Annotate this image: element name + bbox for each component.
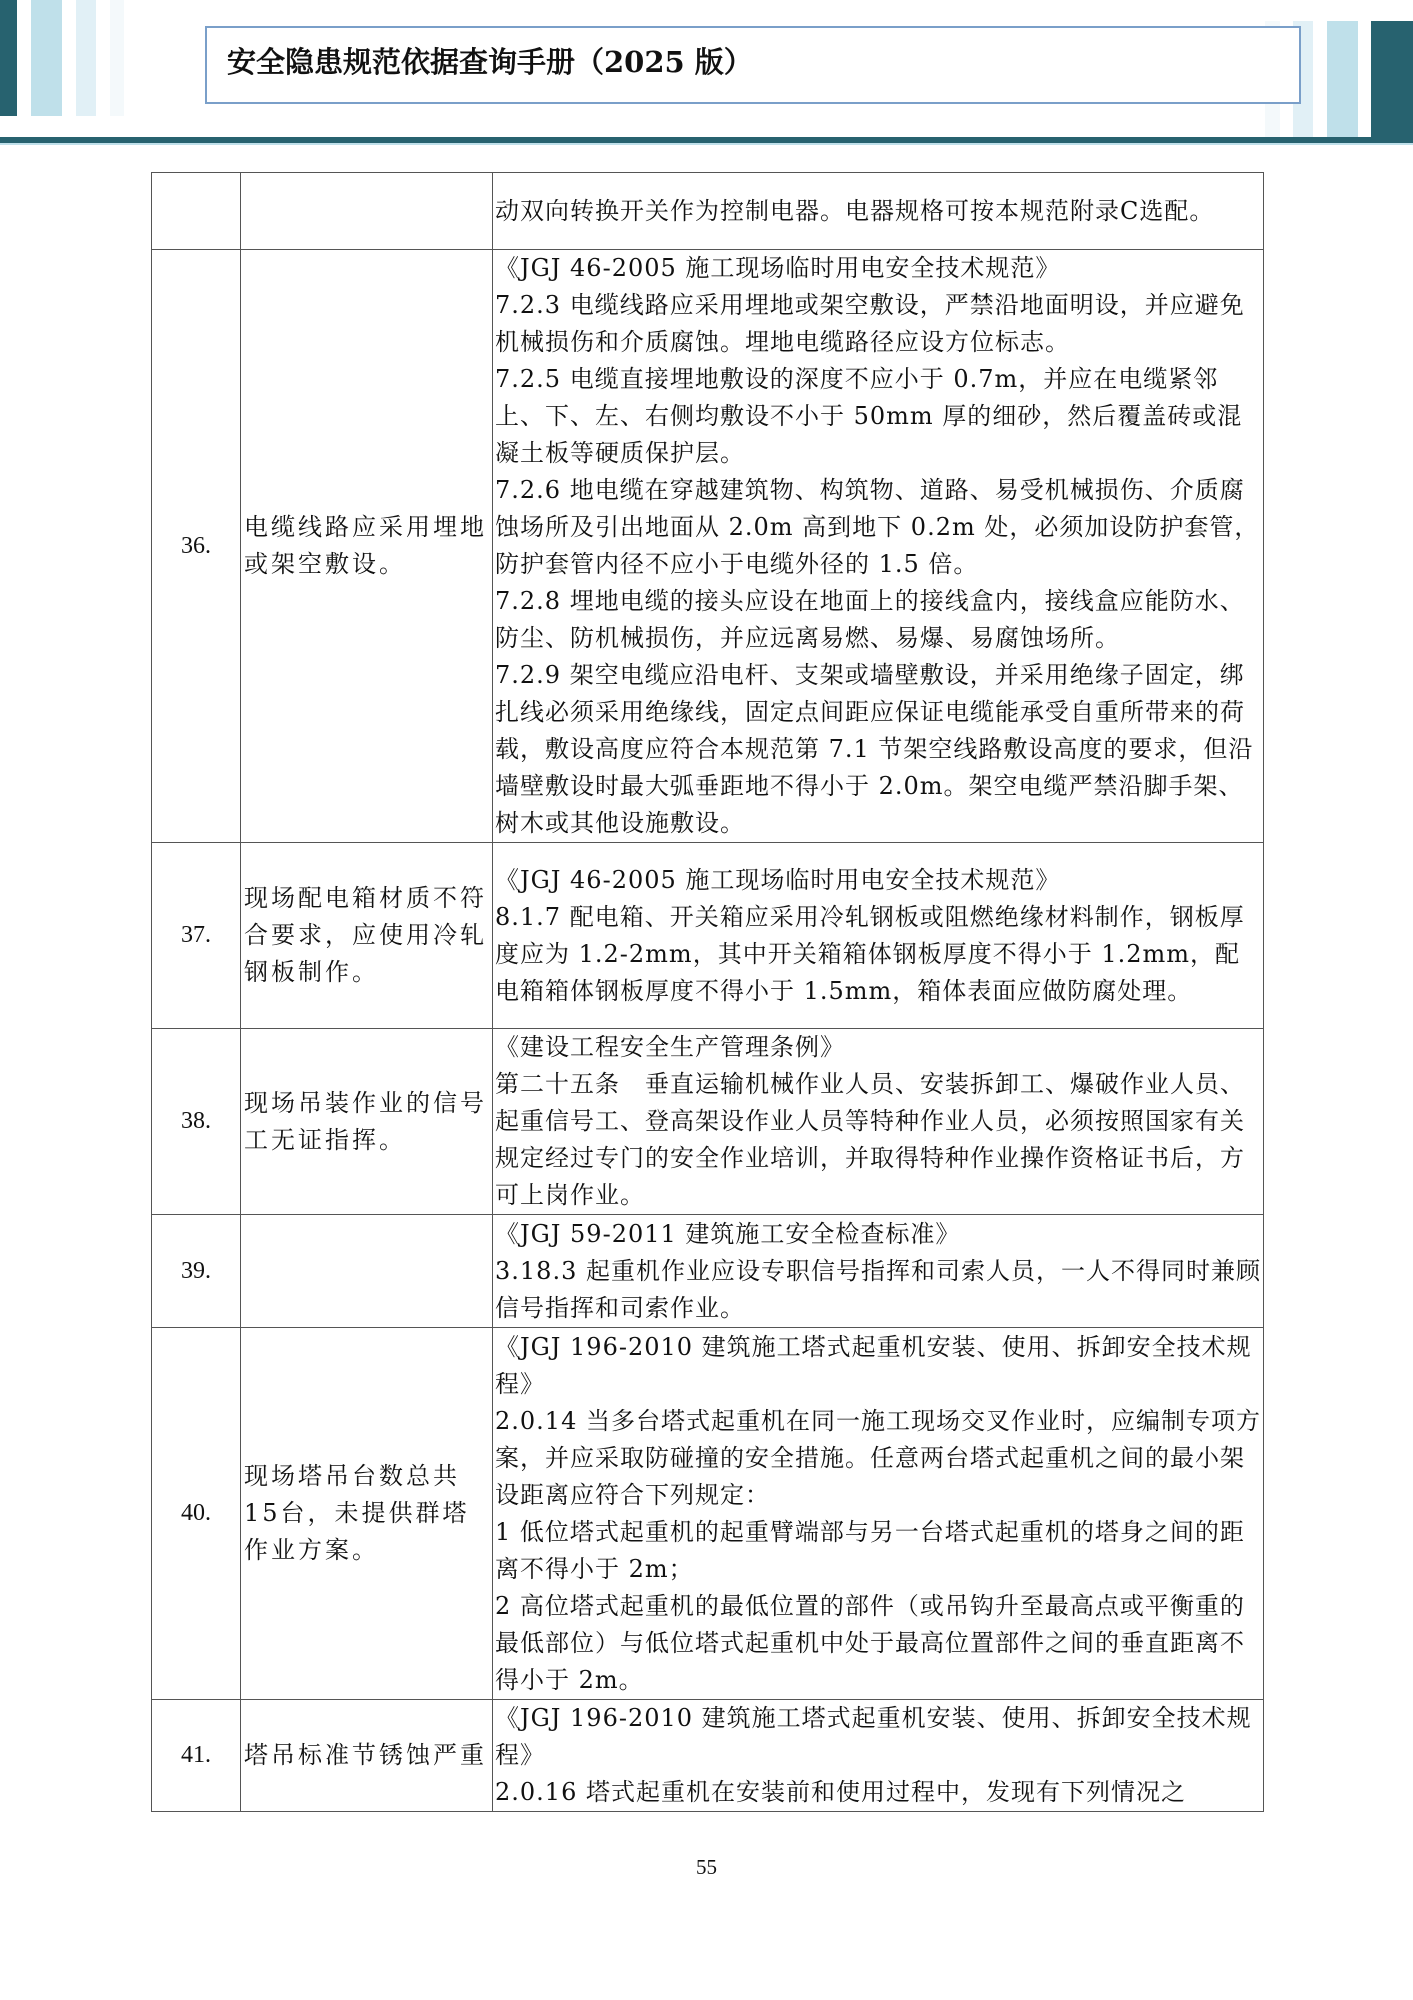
regulation-title: 《JGJ 46-2005 施工现场临时用电安全技术规范》 [495, 250, 1263, 287]
hazard-description: 现场吊装作业的信号工无证指挥。 [241, 1029, 493, 1215]
clause-text: 第二十五条 垂直运输机械作业人员、安装拆卸工、爆破作业人员、起重信号工、登高架设… [495, 1066, 1263, 1214]
clause-text: 2 高位塔式起重机的最低位置的部件（或吊钩升至最高点或平衡重的最低部位）与低位塔… [495, 1588, 1263, 1699]
table-row: 动双向转换开关作为控制电器。电器规格可按本规范附录C选配。 [152, 173, 1264, 250]
page-number: 55 [0, 1855, 1413, 1880]
hazard-description: 塔吊标准节锈蚀严重 [241, 1700, 493, 1812]
regulation-basis: 《JGJ 59-2011 建筑施工安全检查标准》 3.18.3 起重机作业应设专… [493, 1215, 1264, 1328]
clause-text: 2.0.14 当多台塔式起重机在同一施工现场交叉作业时，应编制专项方案，并应采取… [495, 1403, 1263, 1514]
clause-text: 8.1.7 配电箱、开关箱应采用冷轧钢板或阻燃绝缘材料制作，钢板厚度应为 1.2… [495, 899, 1263, 1010]
header-stripe-dark-left [0, 0, 17, 116]
clause-text: 7.2.9 架空电缆应沿电杆、支架或墙壁敷设，并采用绝缘子固定，绑扎线必须采用绝… [495, 657, 1263, 842]
clause-text: 2.0.16 塔式起重机在安装前和使用过程中，发现有下列情况之 [495, 1774, 1263, 1811]
table-row: 41. 塔吊标准节锈蚀严重 《JGJ 196-2010 建筑施工塔式起重机安装、… [152, 1700, 1264, 1812]
hazard-description: 电缆线路应采用埋地或架空敷设。 [241, 250, 493, 843]
regulation-basis: 动双向转换开关作为控制电器。电器规格可按本规范附录C选配。 [493, 173, 1264, 250]
row-number [152, 173, 241, 250]
hazard-description [241, 173, 493, 250]
regulation-title: 《JGJ 59-2011 建筑施工安全检查标准》 [495, 1216, 1263, 1253]
regulation-title: 《JGJ 196-2010 建筑施工塔式起重机安装、使用、拆卸安全技术规程》 [495, 1700, 1263, 1774]
header-title-box: 安全隐患规范依据查询手册（2025 版） [205, 26, 1301, 104]
clause-text: 7.2.3 电缆线路应采用埋地或架空敷设，严禁沿地面明设，并应避免机械损伤和介质… [495, 287, 1263, 361]
table-row: 40. 现场塔吊台数总共15台，未提供群塔作业方案。 《JGJ 196-2010… [152, 1328, 1264, 1700]
regulation-basis: 《JGJ 196-2010 建筑施工塔式起重机安装、使用、拆卸安全技术规程》 2… [493, 1328, 1264, 1700]
row-number: 37. [152, 843, 241, 1029]
basis-text: 动双向转换开关作为控制电器。电器规格可按本规范附录C选配。 [495, 193, 1263, 230]
clause-text: 3.18.3 起重机作业应设专职信号指挥和司索人员，一人不得同时兼顾信号指挥和司… [495, 1253, 1263, 1327]
row-number: 38. [152, 1029, 241, 1215]
row-number: 40. [152, 1328, 241, 1700]
clause-text: 7.2.5 电缆直接埋地敷设的深度不应小于 0.7m，并应在电缆紧邻上、下、左、… [495, 361, 1263, 472]
row-number: 39. [152, 1215, 241, 1328]
table-row: 37. 现场配电箱材质不符合要求，应使用冷轧钢板制作。 《JGJ 46-2005… [152, 843, 1264, 1029]
document-title: 安全隐患规范依据查询手册（2025 版） [227, 40, 753, 81]
header-stripe-faint-left [110, 0, 124, 116]
hazard-description: 现场塔吊台数总共15台，未提供群塔作业方案。 [241, 1328, 493, 1700]
header-stripe-light-right [1327, 21, 1358, 137]
header-stripe-light-left [31, 0, 62, 116]
regulation-title: 《JGJ 46-2005 施工现场临时用电安全技术规范》 [495, 862, 1263, 899]
table-row: 36. 电缆线路应采用埋地或架空敷设。 《JGJ 46-2005 施工现场临时用… [152, 250, 1264, 843]
hazard-description [241, 1215, 493, 1328]
table-row: 39. 《JGJ 59-2011 建筑施工安全检查标准》 3.18.3 起重机作… [152, 1215, 1264, 1328]
regulation-basis: 《建设工程安全生产管理条例》 第二十五条 垂直运输机械作业人员、安装拆卸工、爆破… [493, 1029, 1264, 1215]
row-number: 36. [152, 250, 241, 843]
hazard-description: 现场配电箱材质不符合要求，应使用冷轧钢板制作。 [241, 843, 493, 1029]
regulation-title: 《建设工程安全生产管理条例》 [495, 1029, 1263, 1066]
table-row: 38. 现场吊装作业的信号工无证指挥。 《建设工程安全生产管理条例》 第二十五条… [152, 1029, 1264, 1215]
header-rule-shadow [0, 143, 1413, 145]
regulation-table: 动双向转换开关作为控制电器。电器规格可按本规范附录C选配。 36. 电缆线路应采… [151, 172, 1264, 1812]
clause-text: 7.2.8 埋地电缆的接头应设在地面上的接线盒内，接线盒应能防水、防尘、防机械损… [495, 583, 1263, 657]
regulation-basis: 《JGJ 196-2010 建筑施工塔式起重机安装、使用、拆卸安全技术规程》 2… [493, 1700, 1264, 1812]
regulation-basis: 《JGJ 46-2005 施工现场临时用电安全技术规范》 8.1.7 配电箱、开… [493, 843, 1264, 1029]
regulation-title: 《JGJ 196-2010 建筑施工塔式起重机安装、使用、拆卸安全技术规程》 [495, 1329, 1263, 1403]
clause-text: 1 低位塔式起重机的起重臂端部与另一台塔式起重机的塔身之间的距离不得小于 2m； [495, 1514, 1263, 1588]
row-number: 41. [152, 1700, 241, 1812]
clause-text: 7.2.6 地电缆在穿越建筑物、构筑物、道路、易受机械损伤、介质腐蚀场所及引出地… [495, 472, 1263, 583]
regulation-basis: 《JGJ 46-2005 施工现场临时用电安全技术规范》 7.2.3 电缆线路应… [493, 250, 1264, 843]
header-stripe-pale-left [76, 0, 96, 116]
header-stripe-dark-right [1371, 21, 1413, 143]
